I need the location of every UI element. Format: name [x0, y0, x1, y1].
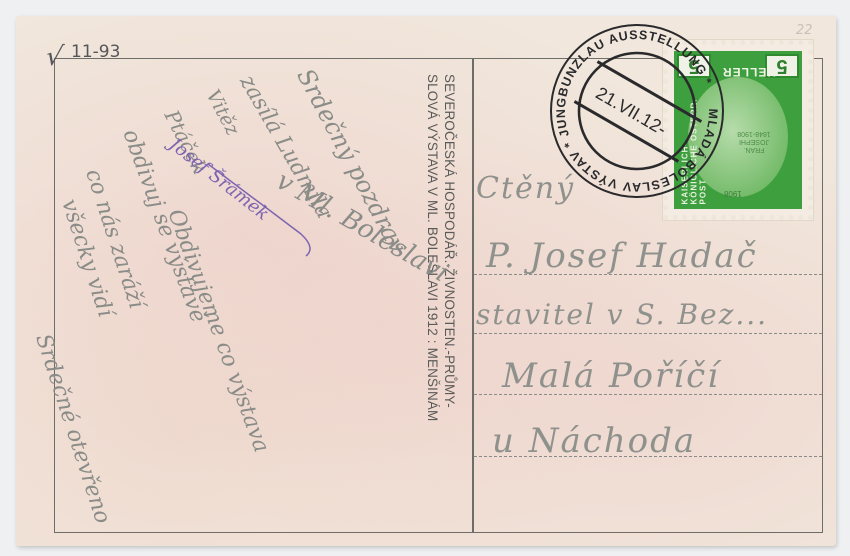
address-salutation: Ctěný — [476, 171, 575, 206]
address-occupation: stavitel v S. Bez... — [476, 298, 768, 331]
stamp-currency: HELLER — [722, 65, 776, 79]
signature-underline — [206, 156, 336, 266]
stamp-legend: FRAN. JOSEPHI 1848-1908 — [734, 129, 774, 153]
address-name: P. Josef Hadač — [486, 236, 758, 276]
denomination-left: 5 — [677, 54, 711, 78]
address-town: Malá Poříčí — [502, 356, 720, 396]
corner-pencil-mark: 22 — [796, 23, 813, 38]
address-region: u Náchoda — [492, 421, 696, 461]
corner-mark: 11-93 — [71, 42, 120, 62]
postage-stamp: 5 5 HELLER FRAN. JOSEPHI 1848-1908 1908 … — [663, 40, 813, 220]
stamp-year: 1908 — [724, 189, 742, 198]
address-line — [474, 333, 822, 334]
header-line-1: SEVEROČESKÁ HOSPODÁŘ.-ŽIVNOSTEN.-PRŮMY- — [441, 74, 458, 421]
stamp-inscription: KAISERLICH-KÖNIGLICHE ÖSTERR. POST — [681, 85, 708, 205]
message-address-divider — [472, 58, 474, 533]
